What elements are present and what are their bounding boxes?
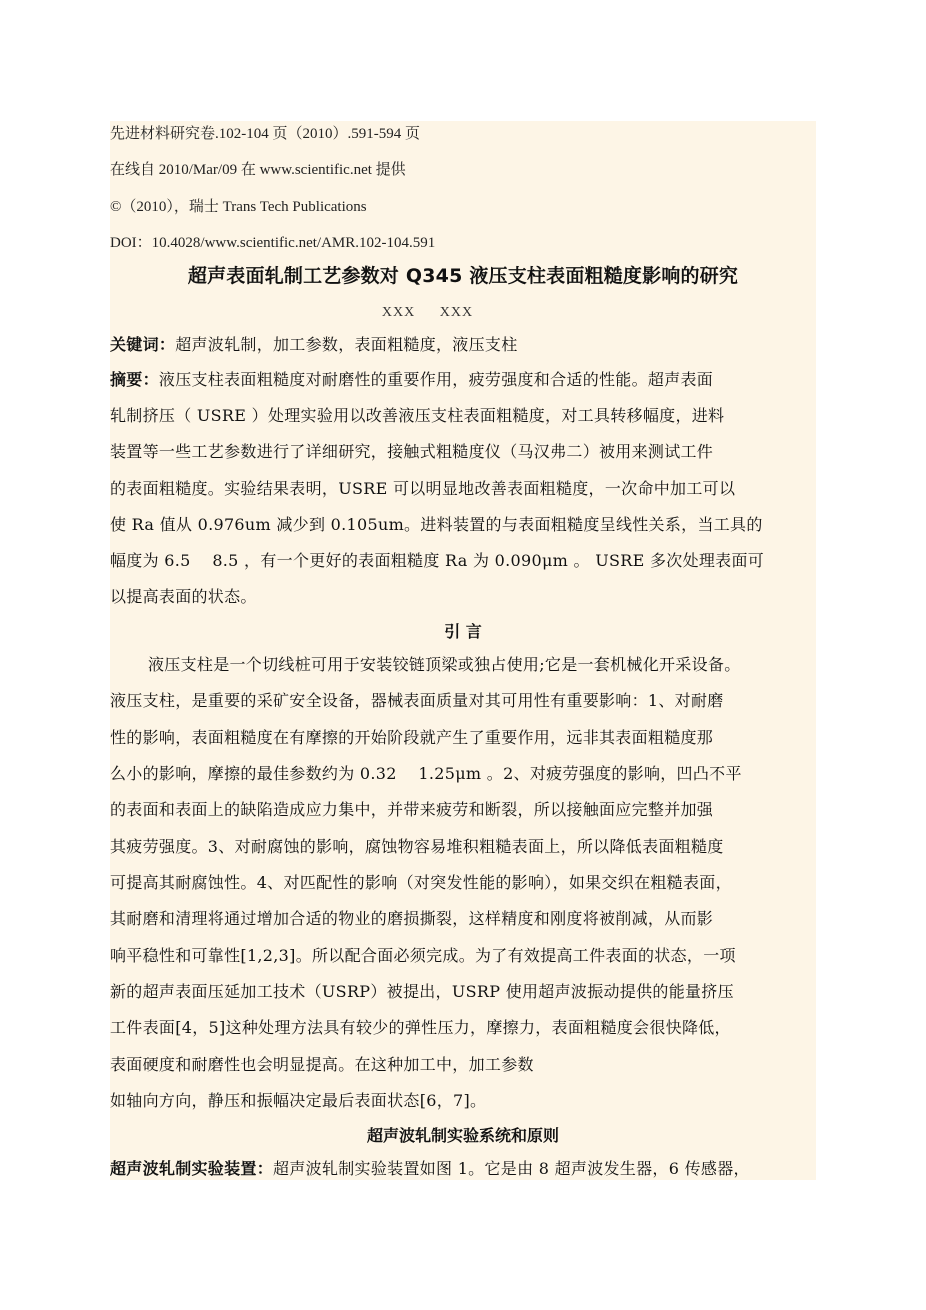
keywords-line: 关键词：超声波轧制，加工参数，表面粗糙度，液压支柱 xyxy=(110,334,518,356)
abstract-line: 的表面粗糙度。实验结果表明，USRE 可以明显地改善表面粗糙度，一次命中加工可以 xyxy=(110,478,735,500)
intro-line: 响平稳性和可靠性[1,2,3]。所以配合面必须完成。为了有效提高工件表面的状态，… xyxy=(110,945,736,967)
intro-line: 如轴向方向，静压和振幅决定最后表面状态[6，7]。 xyxy=(110,1090,486,1112)
author-name: XXX xyxy=(382,305,415,320)
abstract-line: 使 Ra 值从 0.976um 减少到 0.105um。进料装置的与表面粗糙度呈… xyxy=(110,514,763,536)
paper-title: 超声表面轧制工艺参数对 Q345 液压支柱表面粗糙度影响的研究 xyxy=(0,265,926,287)
setup-label: 超声波轧制实验装置： xyxy=(110,1159,273,1178)
intro-line: 么小的影响，摩擦的最佳参数约为 0.32 1.25μm 。2、对疲劳强度的影响，… xyxy=(110,763,742,785)
intro-line: 液压支柱，是重要的采矿安全设备，器械表面质量对其可用性有重要影响：1、对耐磨 xyxy=(110,690,724,712)
online-availability: 在线自 2010/Mar/09 在 www.scientific.net 提供 xyxy=(110,159,406,181)
journal-citation: 先进材料研究卷.102-104 页（2010）.591-594 页 xyxy=(110,123,420,145)
intro-line: 可提高其耐腐蚀性。4、对匹配性的影响（对突发性能的影响），如果交织在粗糙表面， xyxy=(110,872,732,894)
abstract-line: 摘要：液压支柱表面粗糙度对耐磨性的重要作用，疲劳强度和合适的性能。超声表面 xyxy=(110,369,713,391)
intro-line: 其耐磨和清理将通过增加合适的物业的磨损撕裂，这样精度和刚度将被削减，从而影 xyxy=(110,908,713,930)
abstract-line: 幅度为 6.5 8.5 ，有一个更好的表面粗糙度 Ra 为 0.090μm 。 … xyxy=(110,550,764,572)
section-heading-experimental-system: 超声波轧制实验系统和原则 xyxy=(0,1125,926,1147)
copyright-line: ©（2010），瑞士 Trans Tech Publications xyxy=(110,196,367,218)
intro-line: 新的超声表面压延加工技术（USRP）被提出，USRP 使用超声波振动提供的能量挤… xyxy=(110,981,734,1003)
keywords-text: 超声波轧制，加工参数，表面粗糙度，液压支柱 xyxy=(175,335,517,354)
author-name: XXX xyxy=(440,305,473,320)
intro-line: 的表面和表面上的缺陷造成应力集中，并带来疲劳和断裂，所以接触面应完整并加强 xyxy=(110,799,713,821)
author-list: XXX XXX xyxy=(0,302,855,324)
abstract-line: 装置等一些工艺参数进行了详细研究，接触式粗糙度仪（马汉弗二）被用来测试工件 xyxy=(110,441,713,463)
intro-line: 表面硬度和耐磨性也会明显提高。在这种加工中，加工参数 xyxy=(110,1054,534,1076)
abstract-label: 摘要： xyxy=(110,370,159,389)
setup-line: 超声波轧制实验装置：超声波轧制实验装置如图 1。它是由 8 超声波发生器，6 传… xyxy=(110,1158,750,1180)
intro-line: 工件表面[4，5]这种处理方法具有较少的弹性压力，摩擦力，表面粗糙度会很快降低， xyxy=(110,1017,731,1039)
intro-line: 其疲劳强度。3、对耐腐蚀的影响，腐蚀物容易堆积粗糙表面上，所以降低表面粗糙度 xyxy=(110,836,724,858)
section-heading-introduction: 引 言 xyxy=(0,621,926,643)
intro-line: 性的影响，表面粗糙度在有摩擦的开始阶段就产生了重要作用，远非其表面粗糙度那 xyxy=(110,727,713,749)
abstract-text: 液压支柱表面粗糙度对耐磨性的重要作用，疲劳强度和合适的性能。超声表面 xyxy=(159,370,713,389)
doi-line: DOI：10.4028/www.scientific.net/AMR.102-1… xyxy=(110,232,435,254)
abstract-line: 轧制挤压（ USRE ）处理实验用以改善液压支柱表面粗糙度，对工具转移幅度，进料 xyxy=(110,405,724,427)
intro-line: 液压支柱是一个切线桩可用于安装铰链顶梁或独占使用;它是一套机械化开采设备。 xyxy=(148,654,741,676)
setup-text: 超声波轧制实验装置如图 1。它是由 8 超声波发生器，6 传感器， xyxy=(273,1159,750,1178)
keywords-label: 关键词： xyxy=(110,335,175,354)
abstract-line: 以提高表面的状态。 xyxy=(110,586,257,608)
